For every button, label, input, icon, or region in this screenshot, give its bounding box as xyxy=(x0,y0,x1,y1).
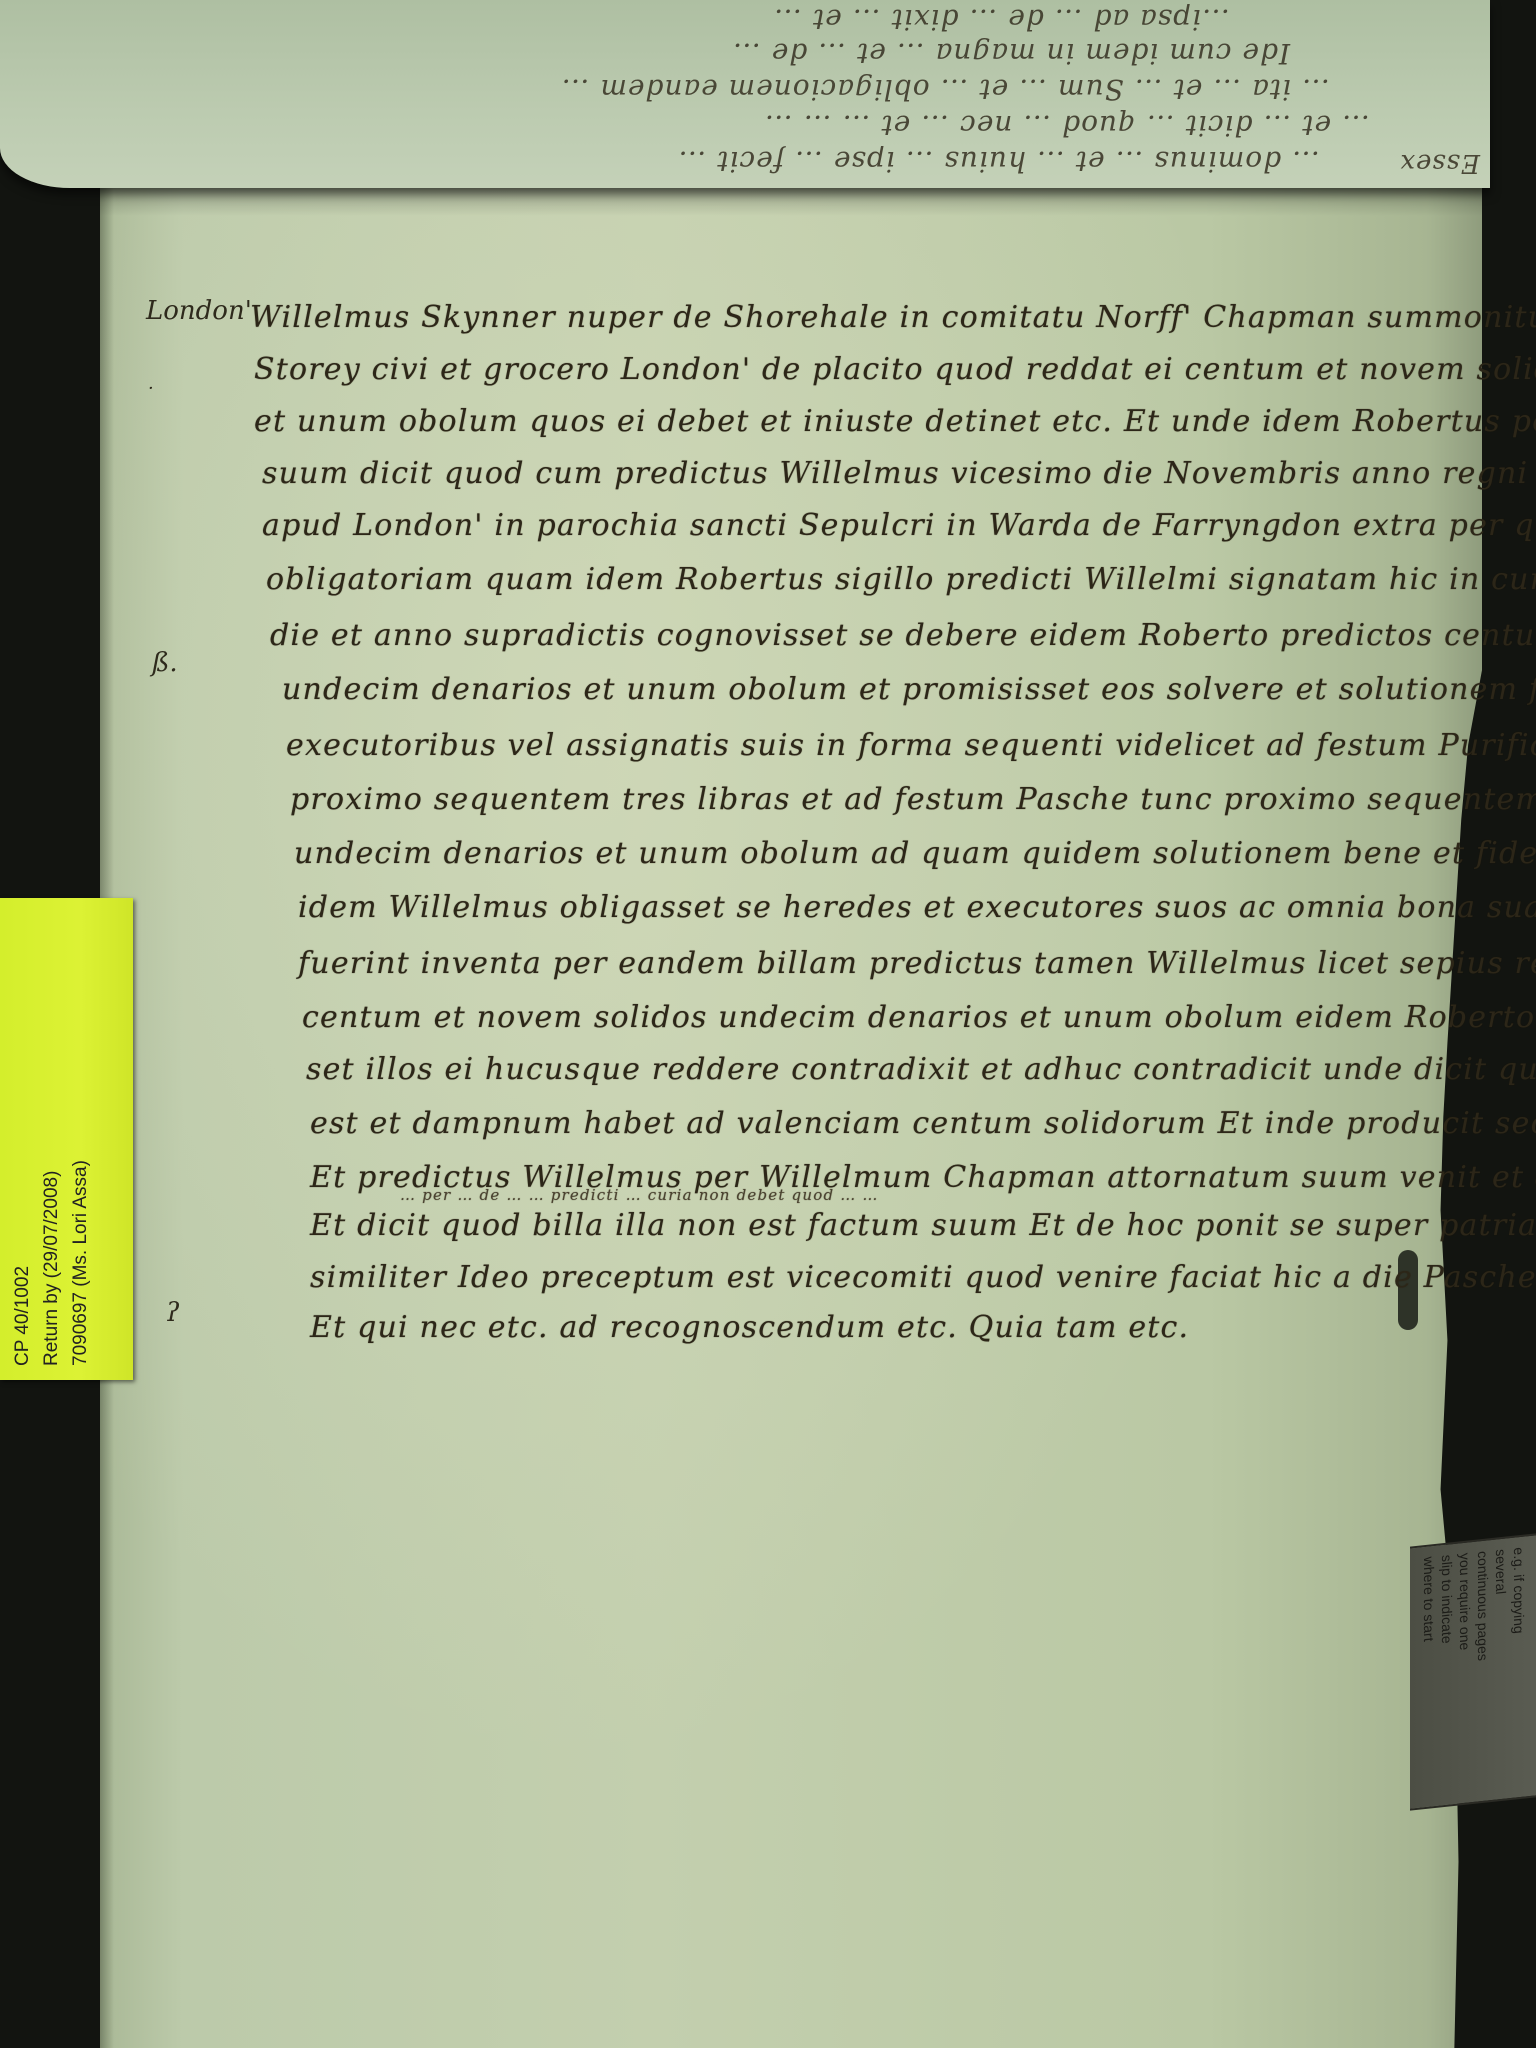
slip-line: where to start xyxy=(1420,1556,1438,1798)
margin-county-heading: London' xyxy=(146,296,252,326)
manuscript-line: proximo sequentem tres libras et ad fest… xyxy=(290,782,1536,817)
slip-line: several xyxy=(1492,1548,1510,1790)
margin-mark: · xyxy=(148,378,154,399)
slip-line: e.g. if copying xyxy=(1510,1546,1528,1788)
fold-shadow xyxy=(100,186,1482,216)
manuscript-line: obligatoriam quam idem Robertus sigillo … xyxy=(266,562,1536,597)
inverted-text-block: … dominus … et … huius … ipse … fecit … … xyxy=(0,0,1490,188)
inverted-line: …ipsa ad … de … dixit … et … xyxy=(773,3,1230,36)
manuscript-line: Et dicit quod billa illa non est factum … xyxy=(310,1208,1536,1243)
reader-ticket: 7090697 (Ms. Lori Assa) xyxy=(66,896,95,1366)
return-date: Return by (29/07/2008) xyxy=(37,896,66,1366)
manuscript-line: est et dampnum habet ad valenciam centum… xyxy=(310,1106,1536,1141)
inverted-line: … ita … et … Sum … et … obligacionem ean… xyxy=(560,73,1330,106)
top-membrane-upside-down: … dominus … et … huius … ipse … fecit … … xyxy=(0,0,1490,188)
manuscript-line: executoribus vel assignatis suis in form… xyxy=(286,728,1536,763)
manuscript-line: centum et novem solidos undecim denarios… xyxy=(302,1000,1536,1035)
manuscript-line: et unum obolum quos ei debet et iniuste … xyxy=(254,404,1536,439)
instruction-slip-white: e.g. if copying several continuous pages… xyxy=(1410,1533,1536,1810)
margin-mark: ʔ xyxy=(166,1298,180,1328)
inverted-margin-note: Essex xyxy=(1399,148,1480,178)
document-reference: CP 40/1002 xyxy=(8,896,37,1366)
manuscript-line: apud London' in parochia sancti Sepulcri… xyxy=(262,508,1536,543)
inverted-line: … dominus … et … huius … ipse … fecit … xyxy=(677,145,1320,178)
slip-text-rotated: e.g. if copying several continuous pages… xyxy=(1420,1546,1528,1797)
manuscript-line: idem Willelmus obligasset se heredes et … xyxy=(298,890,1536,925)
inverted-line: Ide cum idem in magna … et … de … xyxy=(732,37,1290,70)
manuscript-line: undecim denarios et unum obolum et promi… xyxy=(282,672,1536,707)
manuscript-line: Et qui nec etc. ad recognoscendum etc. Q… xyxy=(310,1310,1189,1345)
margin-mark: ß. xyxy=(152,648,178,678)
slip-text-rotated: CP 40/1002 Return by (29/07/2008) 709069… xyxy=(8,896,95,1366)
slip-line: continuous pages xyxy=(1474,1550,1492,1792)
slip-line: slip to indicate xyxy=(1438,1554,1456,1796)
manuscript-line: set illos ei hucusque reddere contradixi… xyxy=(306,1052,1536,1087)
manuscript-line: Storey civi et grocero London' de placit… xyxy=(254,352,1536,387)
manuscript-line: fuerint inventa per eandem billam predic… xyxy=(298,946,1536,981)
archive-order-slip-yellow: CP 40/1002 Return by (29/07/2008) 709069… xyxy=(0,898,133,1380)
slip-line: you require one xyxy=(1456,1552,1474,1794)
manuscript-line: undecim denarios et unum obolum ad quam … xyxy=(294,836,1536,871)
manuscript-line: Willelmus Skynner nuper de Shorehale in … xyxy=(250,300,1536,335)
interlinear-note: … per … de … … predicti … curia non debe… xyxy=(400,1186,879,1204)
manuscript-line: suum dicit quod cum predictus Willelmus … xyxy=(262,456,1536,491)
manuscript-line: die et anno supradictis cognovisset se d… xyxy=(270,618,1536,653)
manuscript-line: similiter Ideo preceptum est vicecomiti … xyxy=(310,1260,1536,1295)
inverted-line: … et … dicit … quod … nec … et … … … xyxy=(764,109,1370,142)
